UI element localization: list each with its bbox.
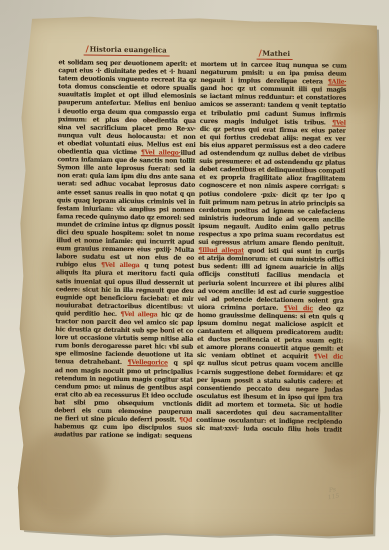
text-column-right: mortem ut in carcee ituq nunqua se cumne… xyxy=(196,61,347,435)
pencil-line-2: 115 xyxy=(327,493,339,502)
rubric-tick-icon xyxy=(85,46,88,53)
manuscript-leaf: Historia euangelica Mathei et solidam se… xyxy=(16,12,382,540)
rubric-phrase: ¶Vel allega xyxy=(120,311,157,318)
text-line: sic mat·xxvi· iuda osculo filiu hois tra… xyxy=(196,425,342,435)
rubric-phrase: ¶Vel xyxy=(332,119,346,126)
running-title-right-text: Mathei xyxy=(262,49,290,58)
text-column-left: et solidam seq per deuotionem aperit: et… xyxy=(54,59,197,441)
text-line: audatius par ratione se indigat: sequens… xyxy=(54,431,192,441)
rubric-phrase: ¶Vel allego· xyxy=(141,149,181,156)
running-title-right: Mathei xyxy=(201,48,349,61)
pencil-inscription: Ps 115 xyxy=(326,486,340,502)
rubric-phrase: ¶Vel dic xyxy=(314,354,343,361)
rubric-phrase: ¶Illud allegat xyxy=(198,247,244,255)
running-title-left: Historia euangelica xyxy=(57,44,197,57)
rubric-phrase: ¶Vel dic xyxy=(284,305,313,312)
rubric-phrase: ¶Vellegorice xyxy=(128,360,168,367)
page-content: Historia euangelica Mathei et solidam se… xyxy=(11,11,383,543)
running-title-left-text: Historia euangelica xyxy=(90,45,167,55)
photo-backdrop: Historia euangelica Mathei et solidam se… xyxy=(0,0,389,550)
rubric-phrase: ¶Vel allega xyxy=(101,262,139,269)
rubric-phrase: ¶Qd xyxy=(179,417,192,424)
rubric-tick-icon xyxy=(258,50,261,57)
rubric-phrase: ¶Alle· xyxy=(328,79,346,86)
